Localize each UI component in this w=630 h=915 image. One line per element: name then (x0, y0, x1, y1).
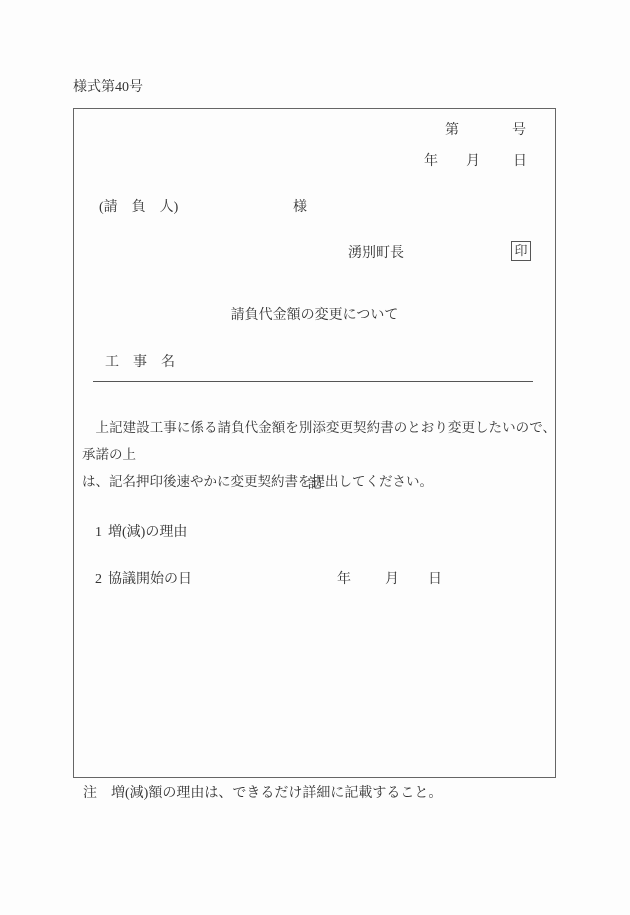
item-2-month-label: 月 (385, 570, 399, 590)
footnote: 注 増(減)額の理由は、できるだけ詳細に記載すること。 (83, 784, 442, 804)
header-date-year-label: 年 (424, 152, 438, 172)
form-number-label: 様式第40号 (73, 78, 143, 98)
contractor-label: (請 負 人) (99, 198, 178, 218)
sender-title: 湧別町長 (348, 244, 404, 264)
item-2-year-label: 年 (337, 570, 351, 590)
header-date-day-label: 日 (513, 152, 527, 172)
header-date-month-label: 月 (466, 152, 480, 172)
recipient-honorific: 様 (293, 198, 307, 218)
doc-number-prefix: 第 (445, 121, 459, 141)
item-2-number: 2 (95, 570, 102, 590)
itemized-heading: 記 (74, 475, 555, 495)
doc-number-suffix: 号 (512, 121, 526, 141)
item-1-number: 1 (95, 523, 102, 543)
item-1-label: 増(減)の理由 (108, 523, 187, 543)
document-title: 請負代金額の変更について (74, 306, 555, 326)
document-page: 様式第40号 第 号 年 月 日 (請 負 人) 様 湧別町長 印 請負代金額の… (0, 0, 630, 915)
item-2-label: 協議開始の日 (108, 570, 192, 590)
seal-mark-box: 印 (511, 241, 531, 261)
item-2-day-label: 日 (428, 570, 442, 590)
work-name-fill-line (93, 381, 533, 382)
work-name-label: 工 事 名 (105, 353, 175, 373)
document-frame: 第 号 年 月 日 (請 負 人) 様 湧別町長 印 請負代金額の変更について … (73, 108, 556, 778)
